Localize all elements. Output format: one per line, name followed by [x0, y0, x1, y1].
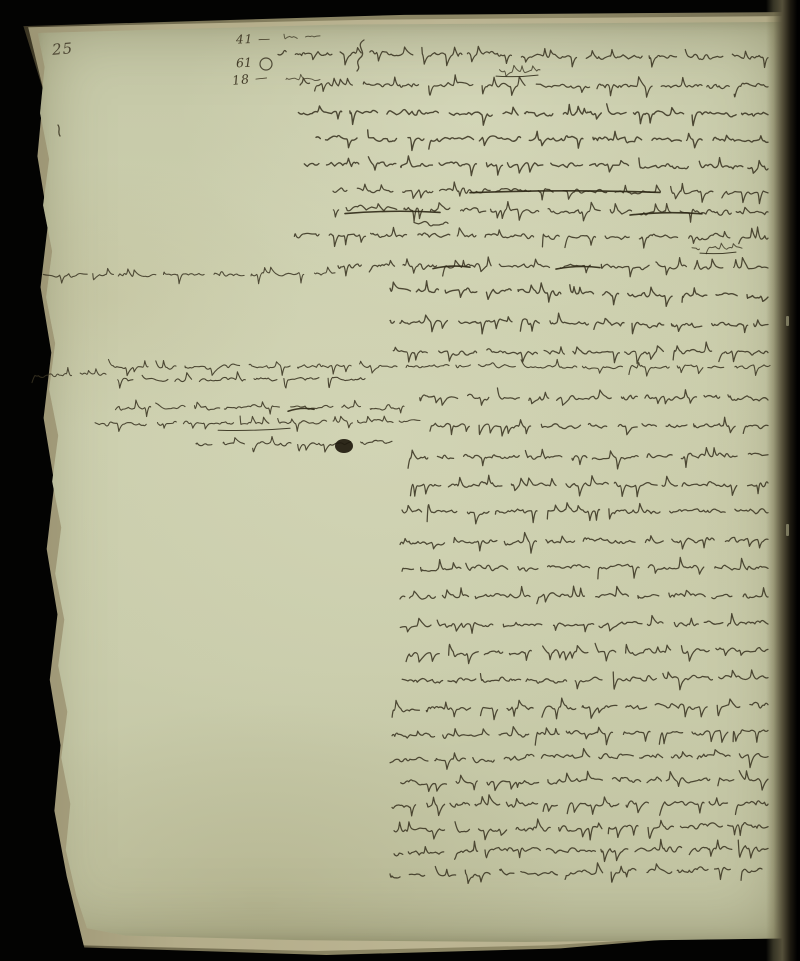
page-number: 25 [51, 39, 74, 59]
manuscript-page [34, 21, 791, 942]
annotation-number-41: 41 — [236, 31, 272, 46]
binding-gutter-shadow [766, 0, 800, 961]
scanned-book-photo: 25 41 — 61 18 — [0, 0, 800, 961]
annotation-number-61: 61 [236, 55, 253, 71]
